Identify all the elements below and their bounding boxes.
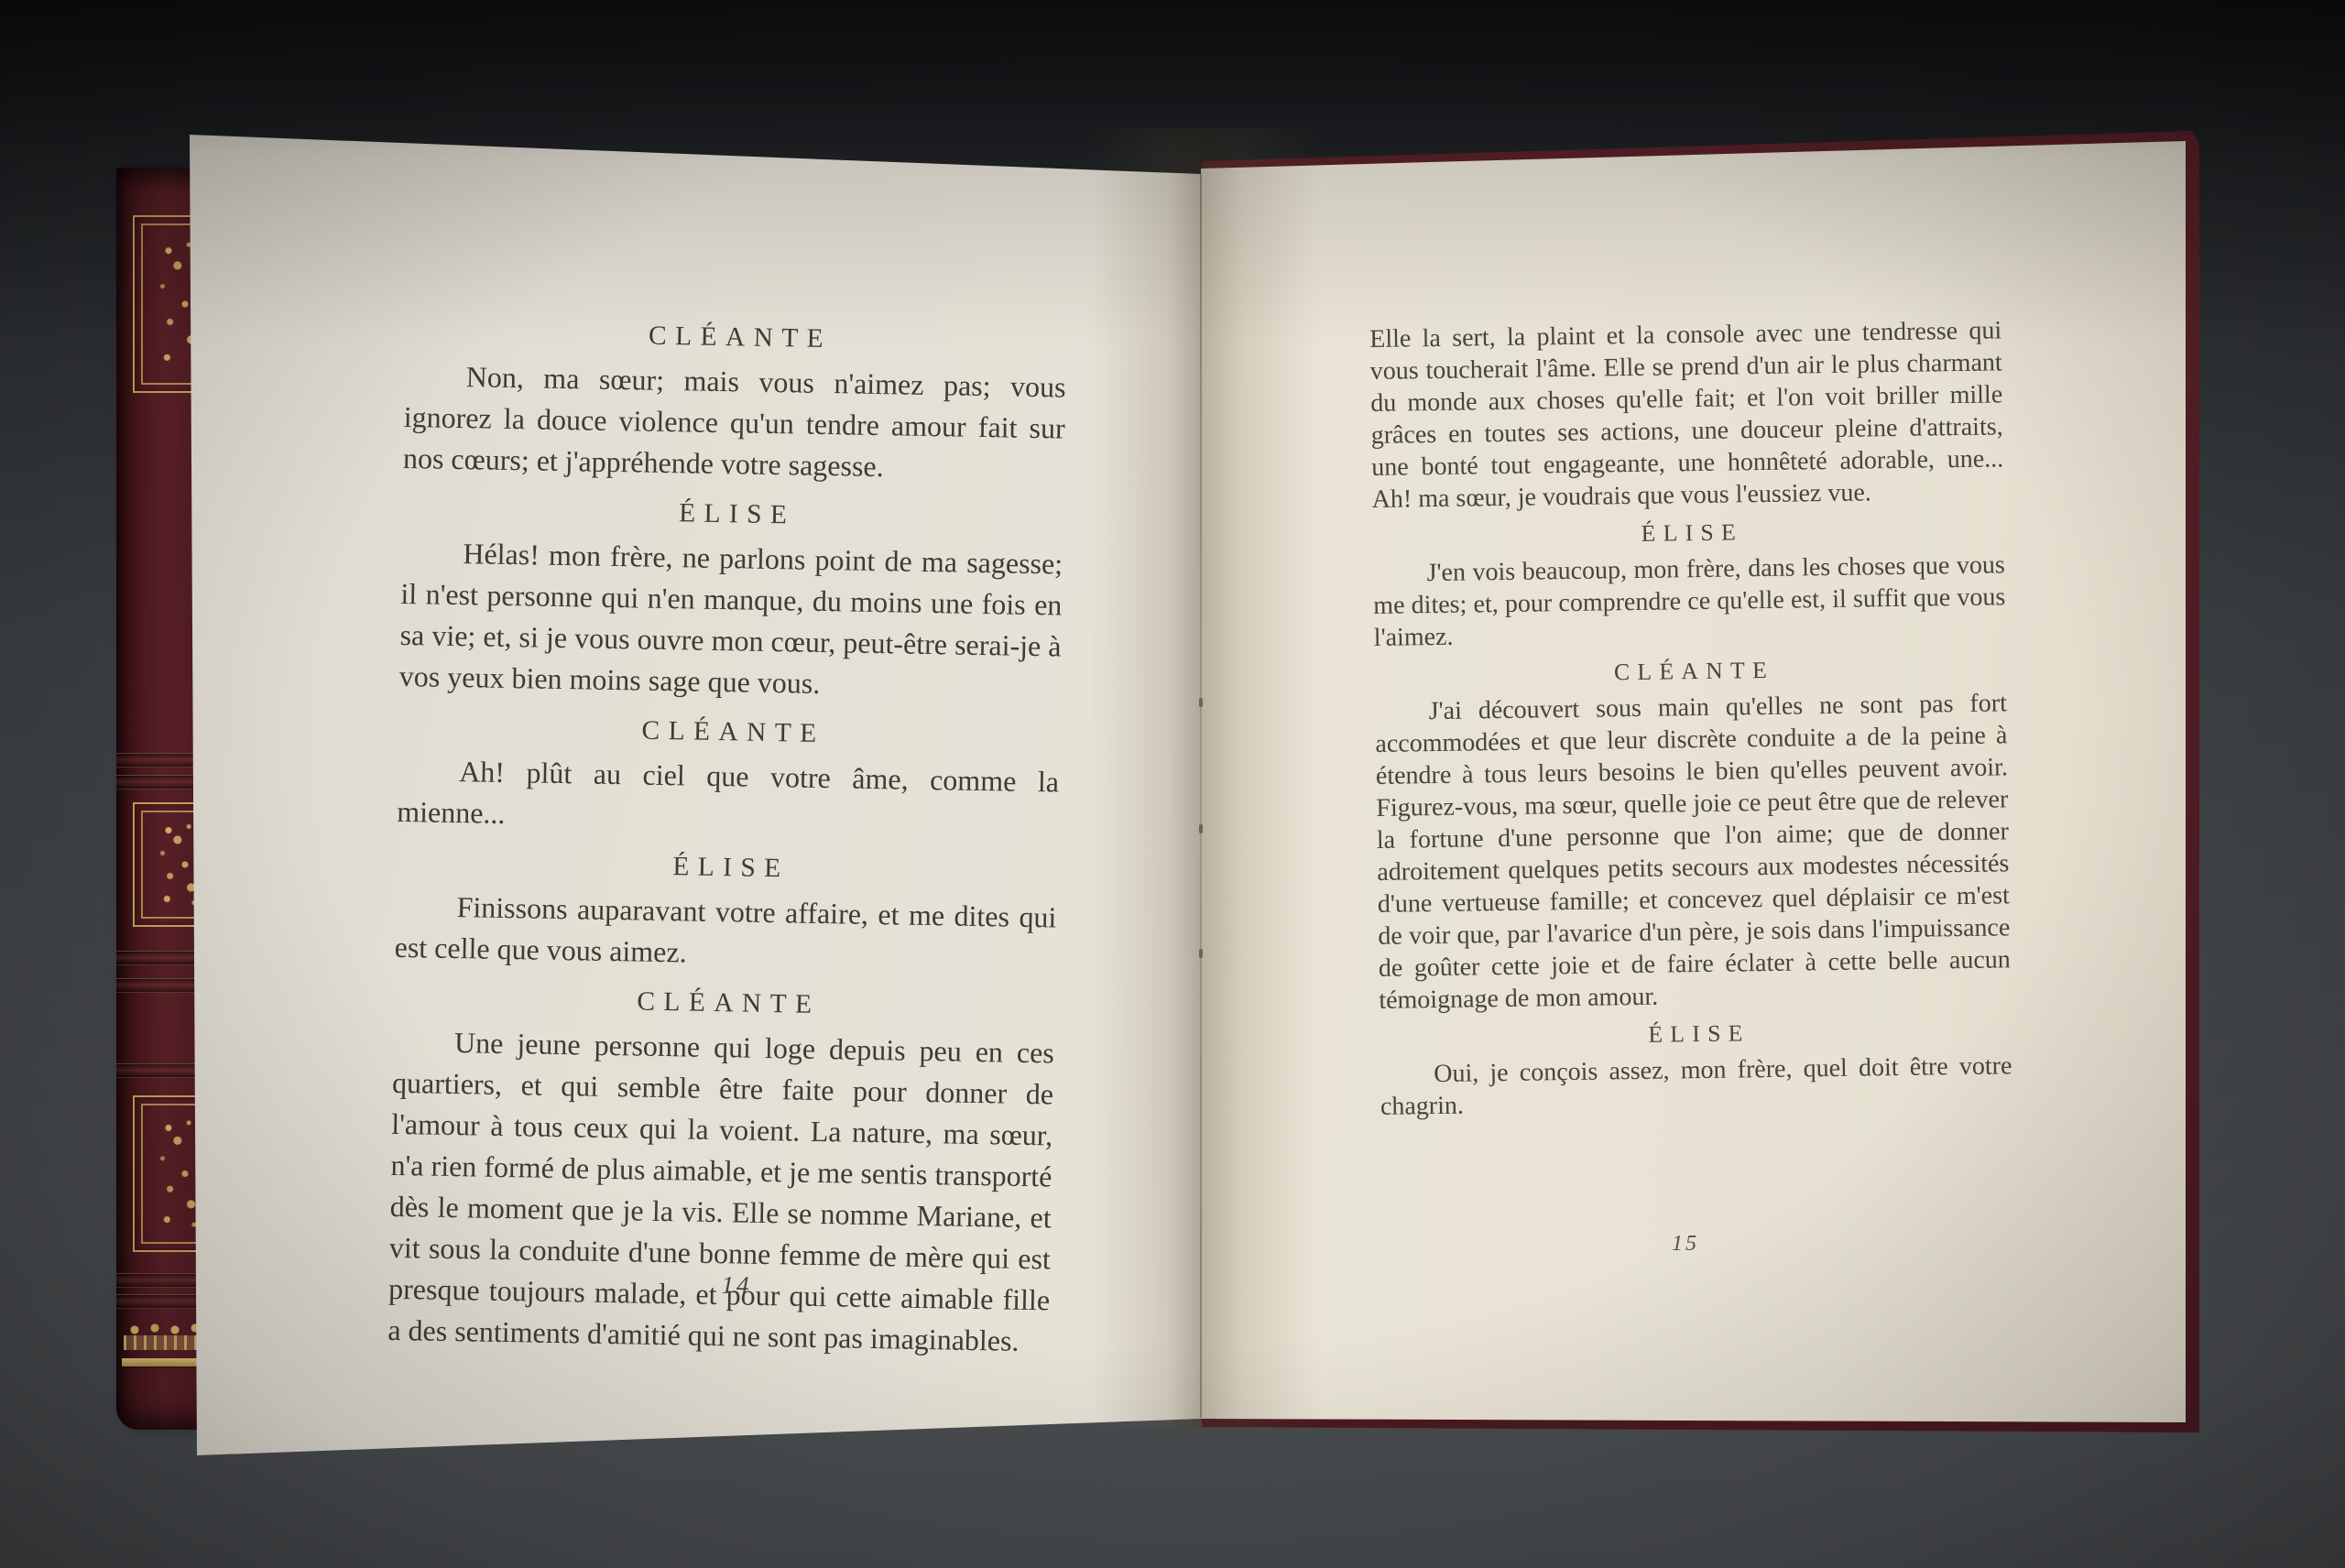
speaker-name: ÉLISE xyxy=(1372,516,2004,550)
gutter-stitch xyxy=(1199,824,1203,833)
dialogue-paragraph: Finissons auparavant votre affaire, et m… xyxy=(394,886,1056,980)
gutter-stitch xyxy=(1199,949,1203,958)
dialogue-paragraph: Hélas! mon frère, ne parlons point de ma… xyxy=(398,532,1063,709)
speaker-name: CLÉANTE xyxy=(398,712,1060,753)
dialogue-paragraph: Une jeune personne qui loge depuis peu e… xyxy=(387,1021,1054,1363)
speaker-name: ÉLISE xyxy=(402,494,1063,535)
dialogue-paragraph: Elle la sert, la plaint et la console av… xyxy=(1369,314,2004,516)
speaker-name: ÉLISE xyxy=(1380,1017,2012,1051)
left-page-text-column: CLÉANTENon, ma sœur; mais vous n'aimez p… xyxy=(387,302,1067,1362)
speaker-name: ÉLISE xyxy=(396,847,1057,888)
gutter-stitch xyxy=(1199,698,1203,707)
speaker-name: CLÉANTE xyxy=(1374,654,2006,689)
dialogue-paragraph: J'en vois beaucoup, mon frère, dans les … xyxy=(1373,549,2006,654)
dialogue-paragraph: Oui, je conçois assez, mon frère, quel d… xyxy=(1380,1050,2012,1123)
dialogue-paragraph: Ah! plût au ciel que votre âme, comme la… xyxy=(397,750,1059,844)
speaker-name: CLÉANTE xyxy=(393,983,1054,1024)
gutter-fold-line xyxy=(1200,174,1202,1418)
dialogue-paragraph: J'ai découvert sous main qu'elles ne son… xyxy=(1375,687,2012,1017)
dialogue-paragraph: Non, ma sœur; mais vous n'aimez pas; vou… xyxy=(403,355,1066,491)
speaker-name: CLÉANTE xyxy=(405,317,1066,358)
book-photo-scene: CLÉANTENon, ma sœur; mais vous n'aimez p… xyxy=(0,0,2345,1568)
right-page-text-column: Elle la sert, la plaint et la console av… xyxy=(1369,314,2012,1123)
page-number-right: 15 xyxy=(1369,1232,2001,1257)
